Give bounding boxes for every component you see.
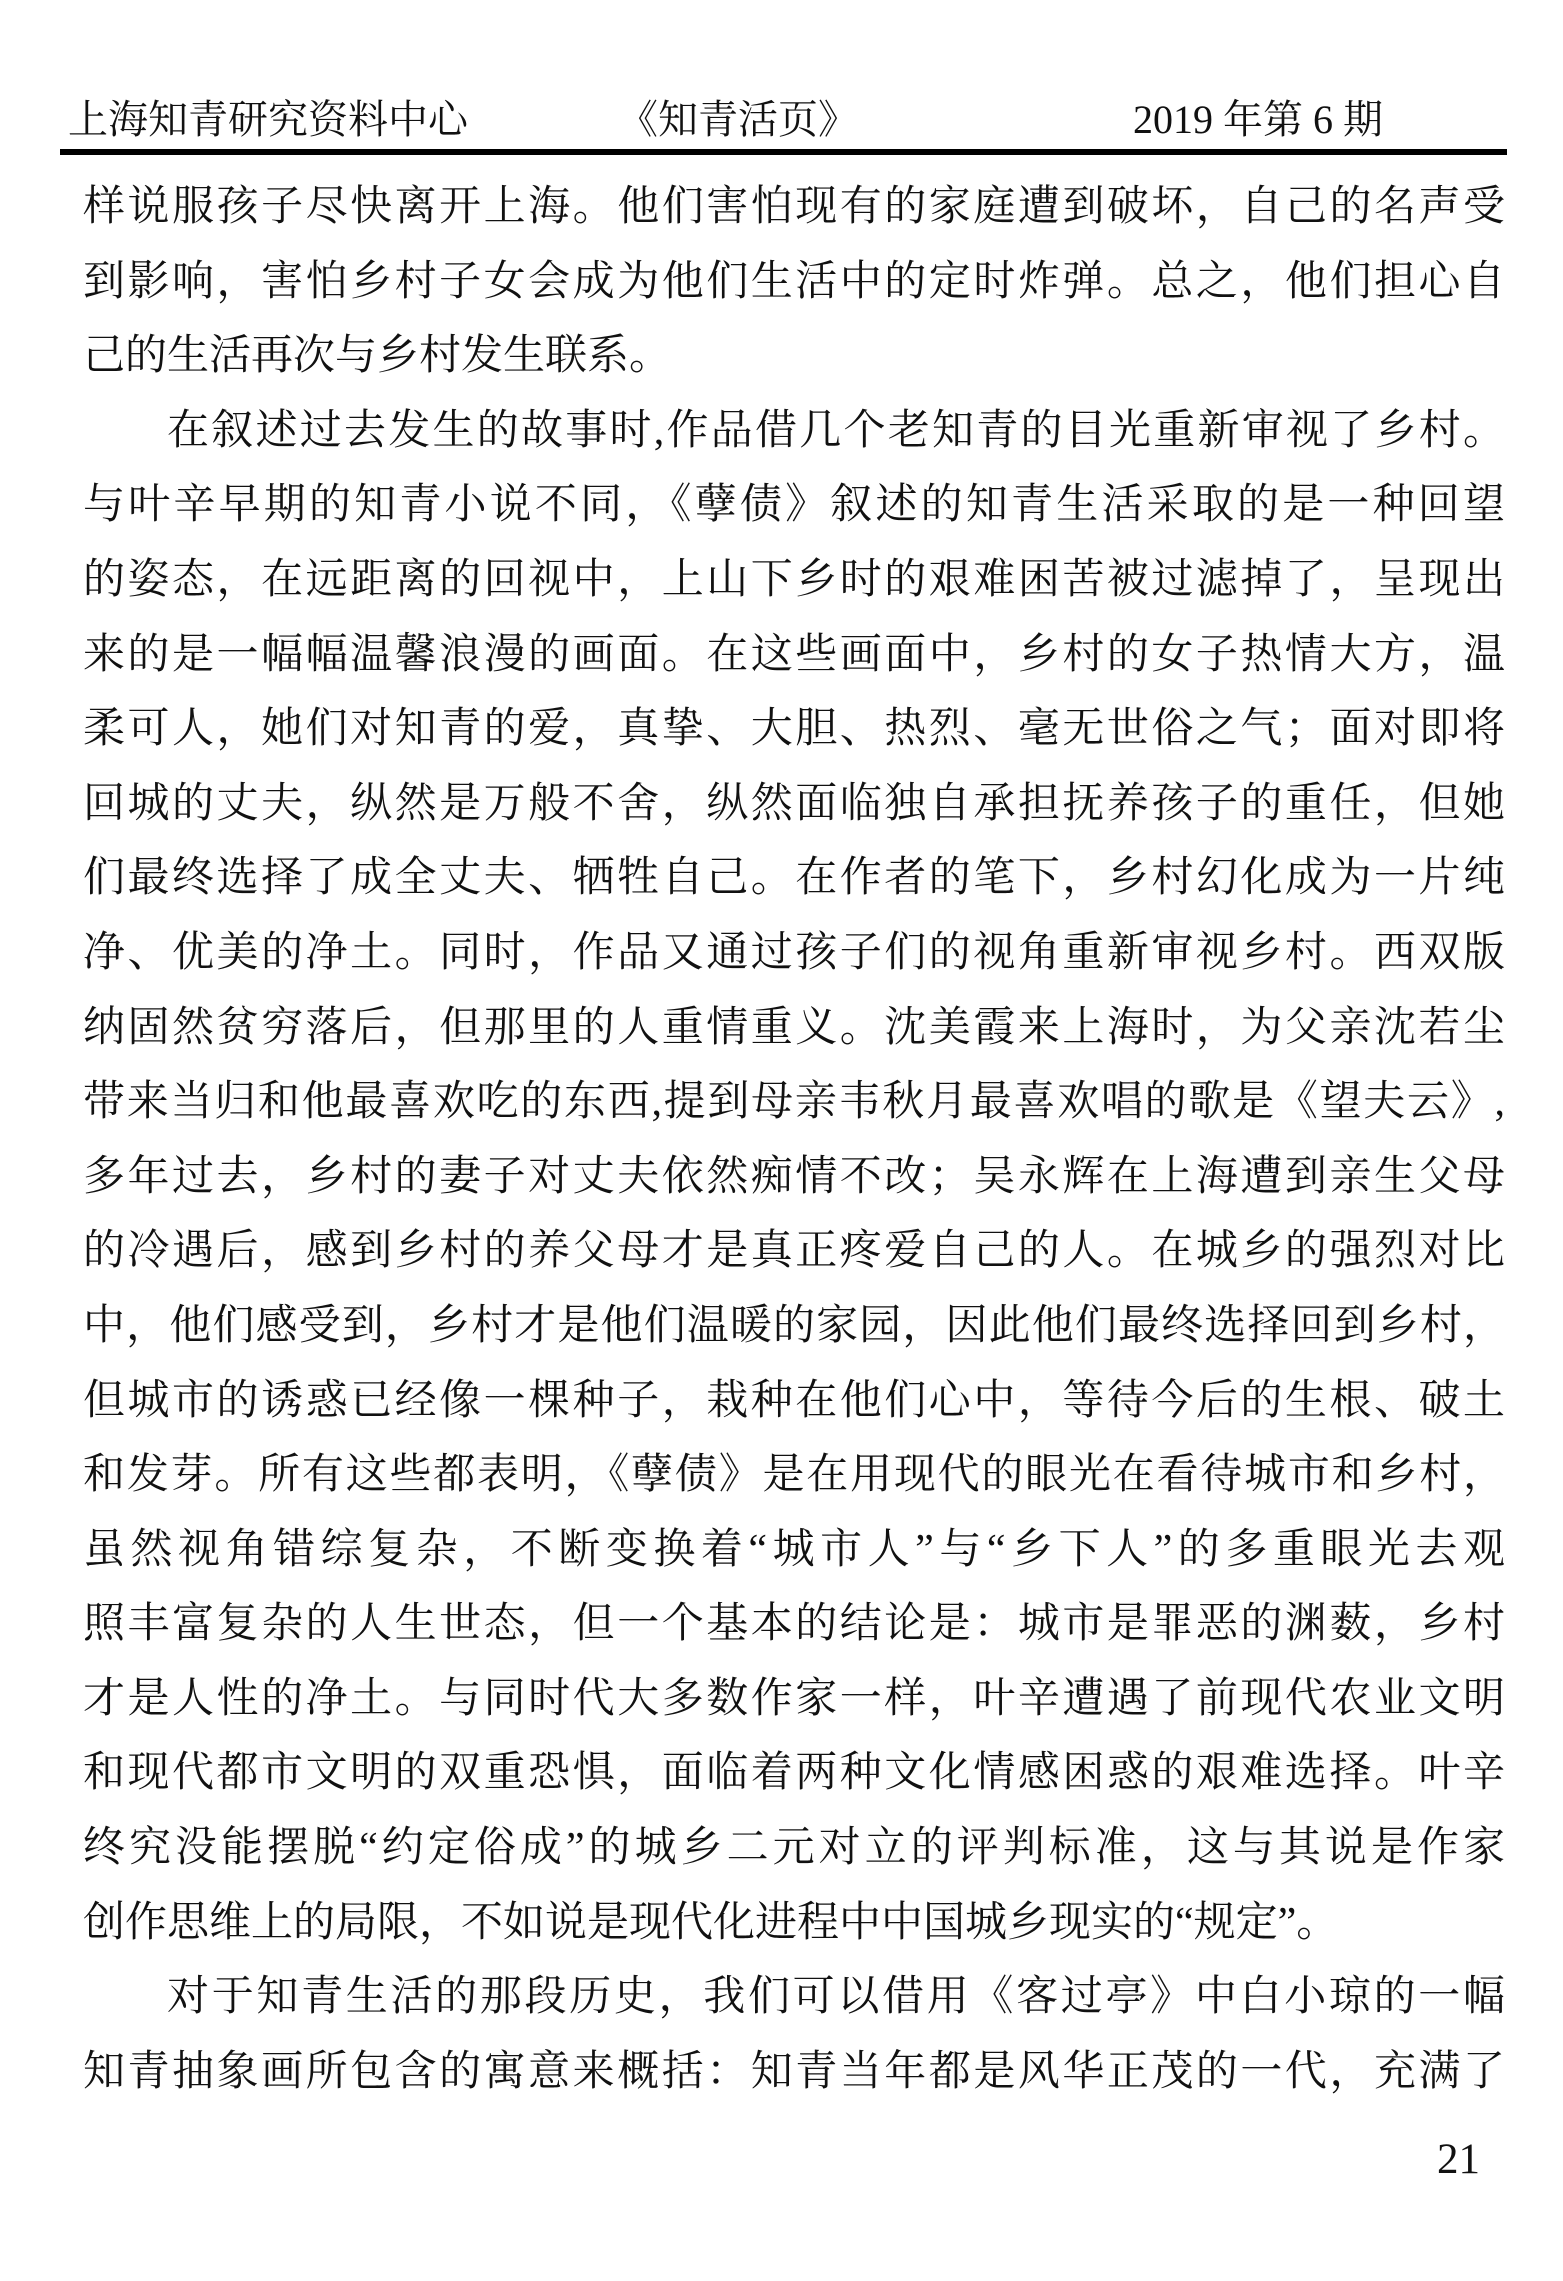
text-line: 虽然视角错综复杂，不断变换着“城市人”与“乡下人”的多重眼光去观 — [83, 1513, 1505, 1588]
text-line: 与叶辛早期的知青小说不同，《孽债》叙述的知青生活采取的是一种回望 — [83, 468, 1505, 543]
text-line: 和现代都市文明的双重恐惧，面临着两种文化情感困惑的艰难选择。叶辛 — [83, 1736, 1505, 1811]
text-line: 在叙述过去发生的故事时,作品借几个老知青的目光重新审视了乡村。 — [83, 394, 1505, 469]
text-line: 己的生活再次与乡村发生联系。 — [83, 319, 1505, 394]
text-line: 终究没能摆脱“约定俗成”的城乡二元对立的评判标准，这与其说是作家 — [83, 1811, 1505, 1886]
body-text: 样说服孩子尽快离开上海。他们害怕现有的家庭遭到破坏，自己的名声受到影响，害怕乡村… — [83, 170, 1505, 2109]
text-line: 净、优美的净土。同时，作品又通过孩子们的视角重新审视乡村。西双版 — [83, 916, 1505, 991]
text-line: 创作思维上的局限，不如说是现代化进程中中国城乡现实的“规定”。 — [83, 1886, 1505, 1961]
text-line: 的冷遇后，感到乡村的养父母才是真正疼爱自己的人。在城乡的强烈对比 — [83, 1214, 1505, 1289]
text-line: 们最终选择了成全丈夫、牺牲自己。在作者的笔下，乡村幻化成为一片纯 — [83, 841, 1505, 916]
text-line: 回城的丈夫，纵然是万般不舍，纵然面临独自承担抚养孩子的重任，但她 — [83, 767, 1505, 842]
text-line: 样说服孩子尽快离开上海。他们害怕现有的家庭遭到破坏，自己的名声受 — [83, 170, 1505, 245]
text-line: 知青抽象画所包含的寓意来概括：知青当年都是风华正茂的一代，充满了 — [83, 2035, 1505, 2110]
text-line: 到影响，害怕乡村子女会成为他们生活中的定时炸弹。总之，他们担心自 — [83, 245, 1505, 320]
text-line: 和发芽。所有这些都表明，《孽债》是在用现代的眼光在看待城市和乡村， — [83, 1438, 1505, 1513]
text-line: 才是人性的净土。与同时代大多数作家一样，叶辛遭遇了前现代农业文明 — [83, 1662, 1505, 1737]
text-line: 但城市的诱惑已经像一棵种子，栽种在他们心中，等待今后的生根、破土 — [83, 1364, 1505, 1439]
header-organization: 上海知青研究资料中心 — [68, 88, 468, 145]
page-number: 21 — [1437, 2136, 1480, 2184]
text-line: 柔可人，她们对知青的爱，真挚、大胆、热烈、毫无世俗之气；面对即将 — [83, 692, 1505, 767]
document-page: 上海知青研究资料中心 《知青活页》 2019 年第 6 期 样说服孩子尽快离开上… — [0, 0, 1563, 2281]
text-line: 带来当归和他最喜欢吃的东西,提到母亲韦秋月最喜欢唱的歌是《望夫云》, — [83, 1065, 1505, 1140]
header-divider — [60, 149, 1507, 155]
header-issue: 2019 年第 6 期 — [1133, 88, 1383, 145]
text-line: 中，他们感受到，乡村才是他们温暖的家园，因此他们最终选择回到乡村， — [83, 1289, 1505, 1364]
text-line: 来的是一幅幅温馨浪漫的画面。在这些画面中，乡村的女子热情大方，温 — [83, 618, 1505, 693]
page-header: 上海知青研究资料中心 《知青活页》 2019 年第 6 期 — [0, 88, 1563, 138]
header-journal-title: 《知青活页》 — [618, 88, 858, 145]
text-line: 纳固然贫穷落后，但那里的人重情重义。沈美霞来上海时，为父亲沈若尘 — [83, 991, 1505, 1066]
text-line: 对于知青生活的那段历史，我们可以借用《客过亭》中白小琼的一幅 — [83, 1960, 1505, 2035]
text-line: 的姿态，在远距离的回视中，上山下乡时的艰难困苦被过滤掉了，呈现出 — [83, 543, 1505, 618]
text-line: 照丰富复杂的人生世态，但一个基本的结论是：城市是罪恶的渊薮，乡村 — [83, 1587, 1505, 1662]
text-line: 多年过去，乡村的妻子对丈夫依然痴情不改；吴永辉在上海遭到亲生父母 — [83, 1140, 1505, 1215]
